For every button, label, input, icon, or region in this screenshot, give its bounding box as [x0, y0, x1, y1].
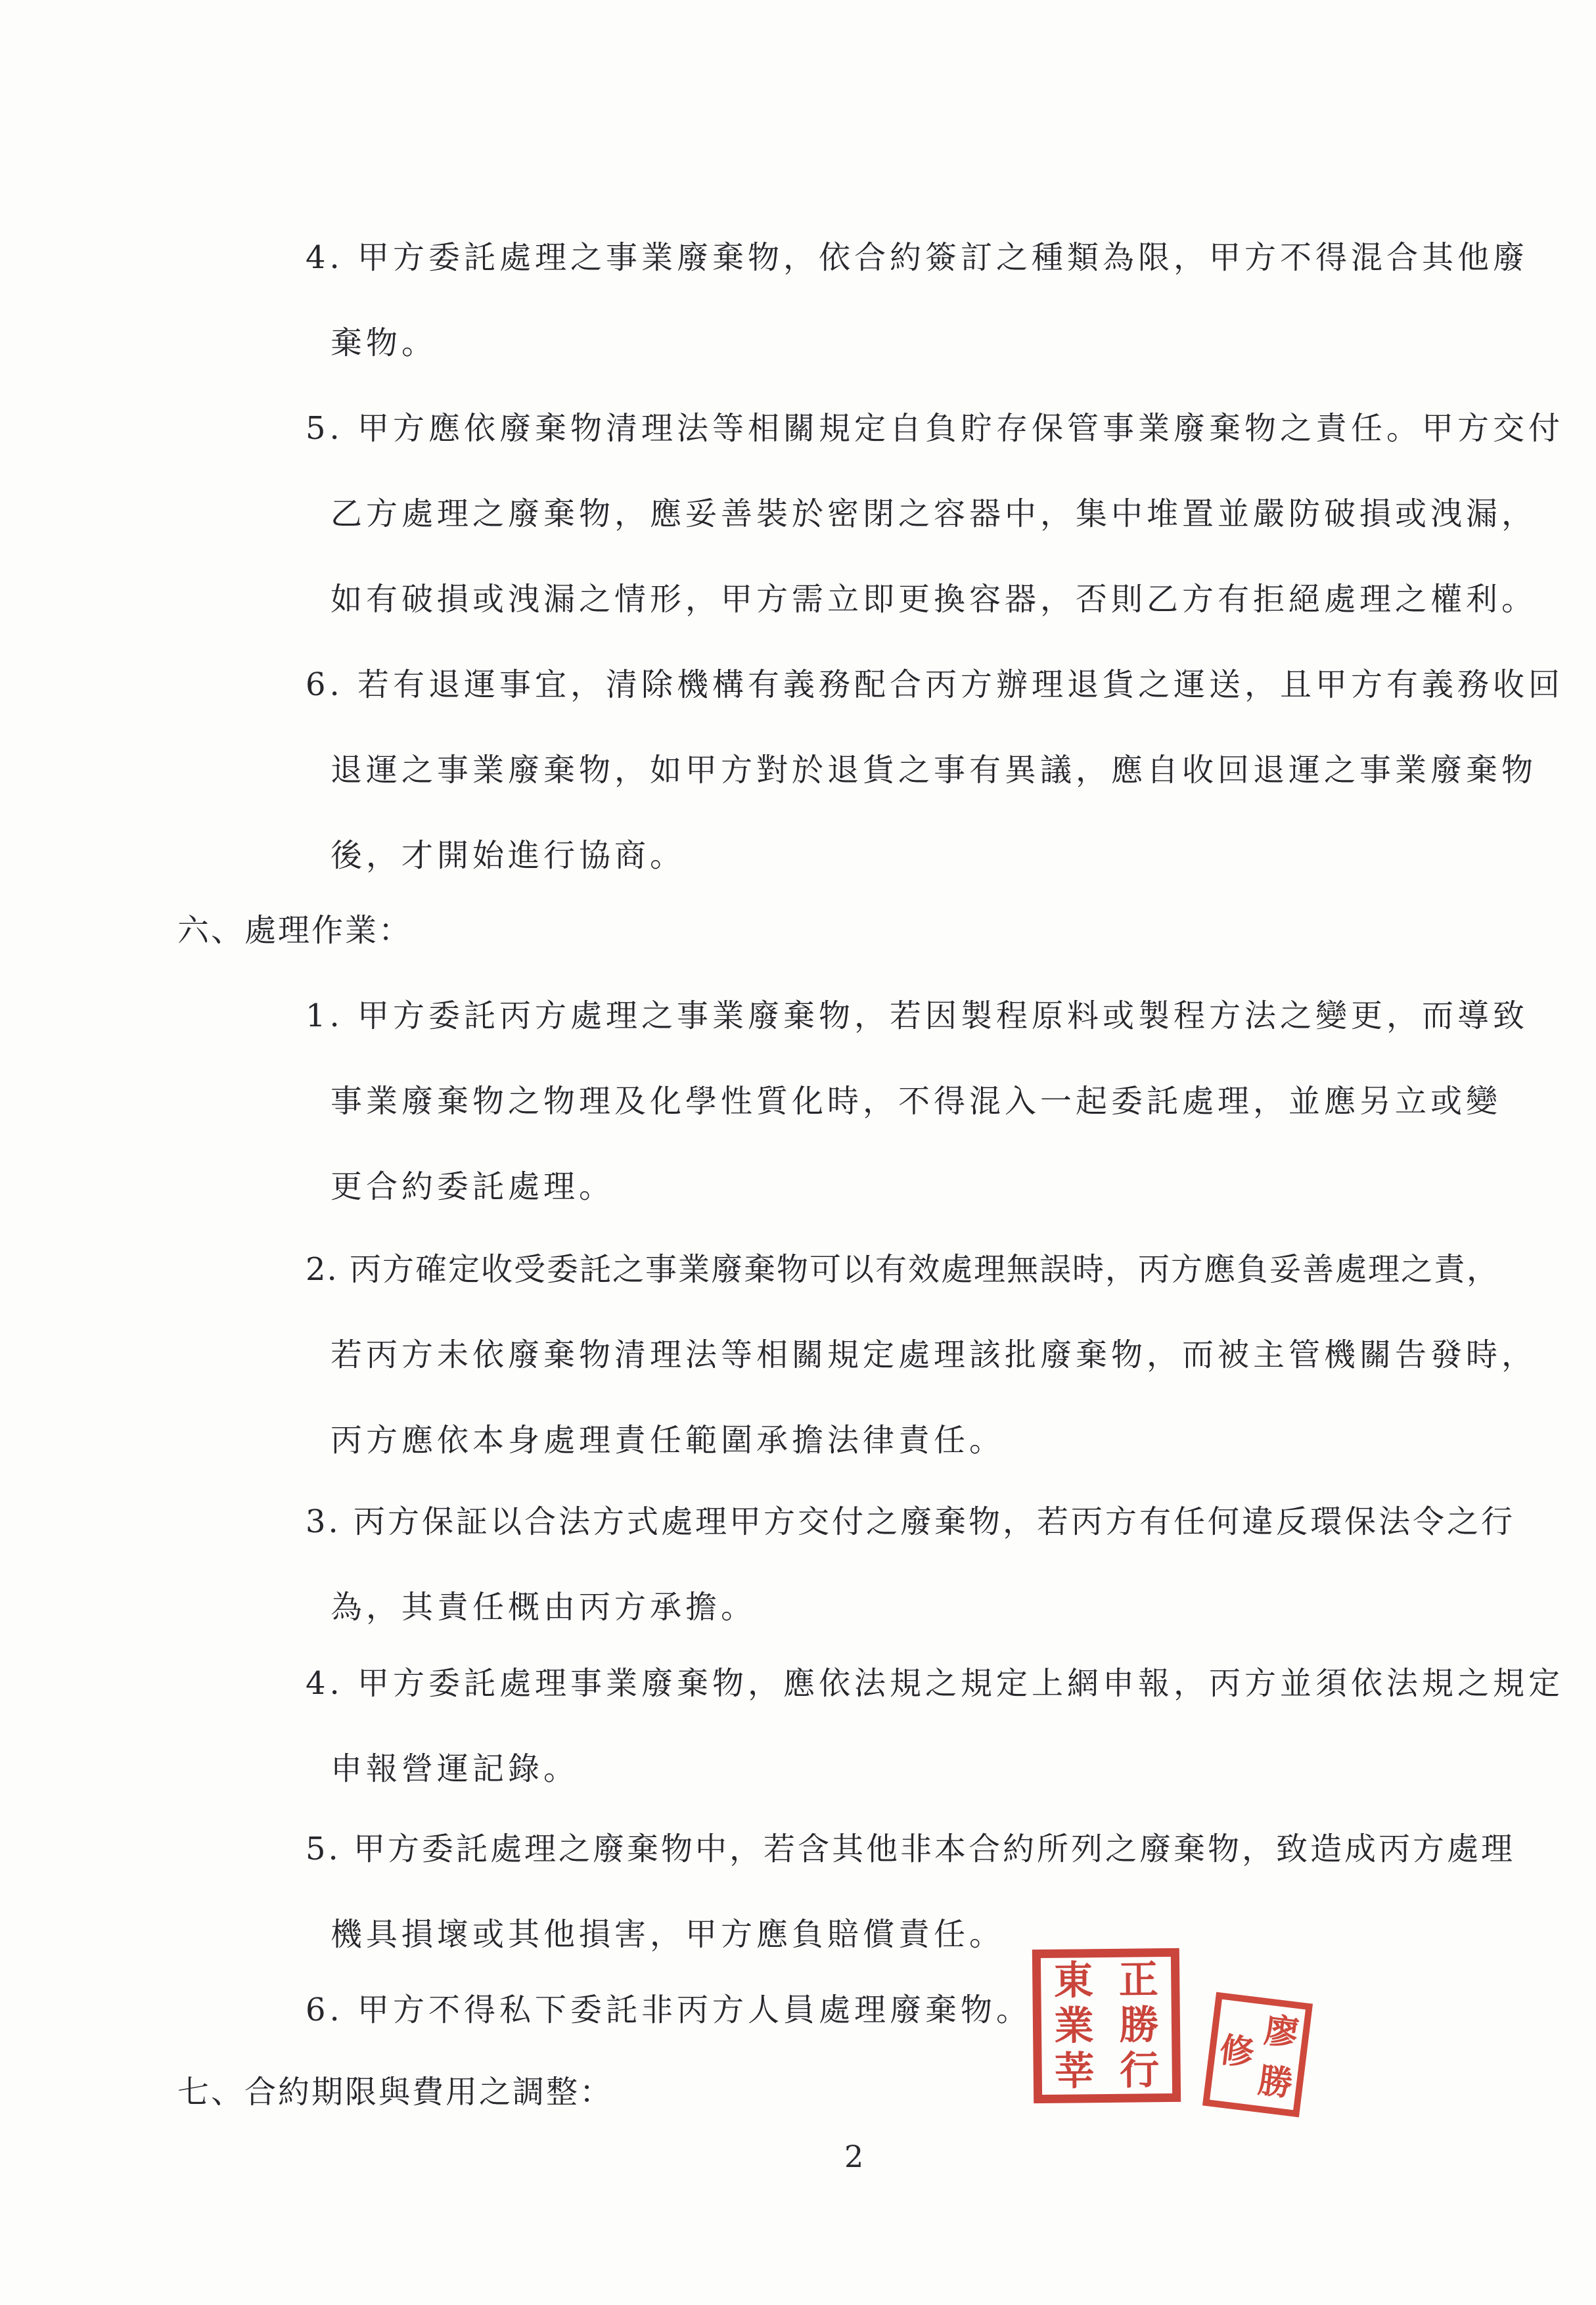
contract-line: 機具損壞或其他損害，甲方應負賠償責任。 [331, 1919, 1005, 1950]
contract-line: 後，才開始進行協商。 [331, 840, 685, 871]
section-heading-seven: 七、合約期限與費用之調整： [177, 2076, 613, 2108]
company-seal-left-column: 東 業 莘 [1041, 1957, 1107, 2095]
seal-character: 莘 [1041, 2049, 1107, 2095]
section-heading-six: 六、處理作業： [177, 915, 412, 946]
seal-character: 勝 [1106, 2002, 1172, 2048]
contract-line: 乙方處理之廢棄物，應妥善裝於密閉之容器中，集中堆置並嚴防破損或洩漏， [331, 498, 1537, 530]
contract-line: 更合約委託處理。 [331, 1171, 614, 1202]
contract-line: 若丙方未依廢棄物清理法等相關規定處理該批廢棄物，而被主管機關告發時， [331, 1339, 1537, 1371]
seal-character: 業 [1041, 2003, 1107, 2049]
contract-page: 4. 甲方委託處理之事業廢棄物，依合約簽訂之種類為限，甲方不得混合其他廢 棄物。… [0, 0, 1596, 2305]
contract-line: 4. 甲方委託處理之事業廢棄物，依合約簽訂之種類為限，甲方不得混合其他廢 [306, 242, 1528, 273]
contract-line: 丙方應依本身處理責任範圍承擔法律責任。 [331, 1425, 1005, 1456]
seal-character: 東 [1041, 1957, 1106, 2003]
contract-line: 為，其責任概由丙方承擔。 [331, 1591, 756, 1623]
company-seal-right-column: 正 勝 行 [1106, 1957, 1172, 2094]
seal-character: 勝 [1252, 2055, 1300, 2110]
contract-line: 3. 丙方保証以合法方式處理甲方交付之廢棄物，若丙方有任何違反環保法令之行 [306, 1506, 1515, 1538]
contract-line: 申報營運記錄。 [331, 1753, 579, 1785]
contract-line: 5. 甲方應依廢棄物清理法等相關規定自負貯存保管事業廢棄物之責任。甲方交付 [306, 413, 1564, 444]
contract-line: 2. 丙方確定收受委託之事業廢棄物可以有效處理無誤時，丙方應負妥善處理之責， [306, 1254, 1499, 1285]
contract-line: 1. 甲方委託丙方處理之事業廢棄物，若因製程原料或製程方法之變更，而導致 [306, 1000, 1528, 1032]
seal-character: 正 [1106, 1957, 1172, 2003]
contract-line: 退運之事業廢棄物，如甲方對於退貨之事有異議，應自收回退運之事業廢棄物 [331, 754, 1537, 786]
contract-line: 事業廢棄物之物理及化學性質化時，不得混入一起委託處理，並應另立或變 [331, 1085, 1501, 1117]
contract-line: 4. 甲方委託處理事業廢棄物，應依法規之規定上網申報，丙方並須依法規之規定 [306, 1668, 1564, 1699]
contract-line: 6. 甲方不得私下委託非丙方人員處理廢棄物。 [306, 1994, 1032, 2026]
contract-line: 6. 若有退運事宜，清除機構有義務配合丙方辦理退貨之運送，且甲方有義務收回 [306, 669, 1564, 700]
personal-seal-stamp: 修 廖 勝 [1202, 1992, 1313, 2118]
company-seal-stamp: 東 業 莘 正 勝 行 [1032, 1948, 1181, 2103]
contract-line: 5. 甲方委託處理之廢棄物中，若含其他非本合約所列之廢棄物，致造成丙方處理 [306, 1833, 1515, 1865]
contract-line: 如有破損或洩漏之情形，甲方需立即更換容器，否則乙方有拒絕處理之權利。 [331, 583, 1537, 615]
page-number: 2 [844, 2139, 863, 2174]
seal-character: 行 [1106, 2048, 1172, 2094]
contract-line: 棄物。 [331, 327, 437, 359]
seal-character: 廖 [1258, 2005, 1306, 2060]
